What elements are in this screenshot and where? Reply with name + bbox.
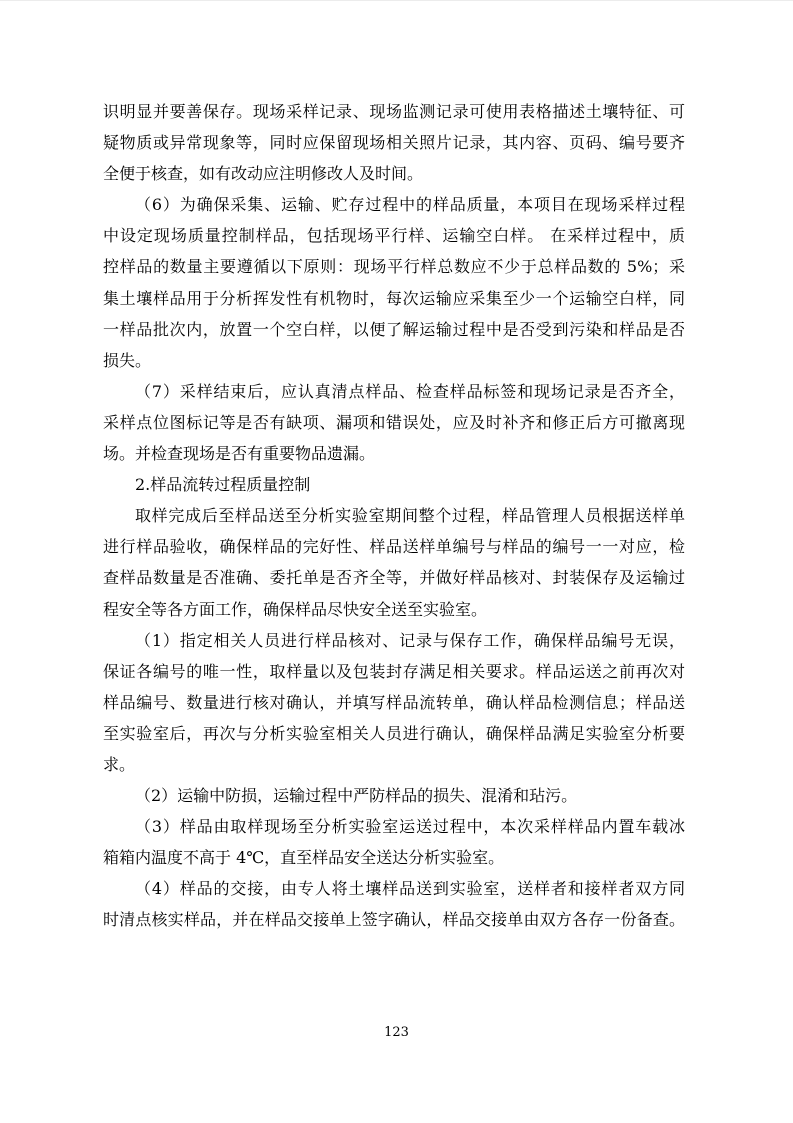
- document-body: 识明显并要善保存。现场采样记录、现场监测记录可使用表格描述土壤特征、可疑物质或异…: [103, 96, 685, 936]
- text-line: 一样品批次内，放置一个空白样，以便了解运输过程中是否受到污染和样品是否: [103, 314, 685, 345]
- text-line: （1）指定相关人员进行样品核对、记录与保存工作，确保样品编号无误，: [103, 625, 685, 656]
- page-number: 123: [0, 1024, 793, 1042]
- text-line: （7）采样结束后，应认真清点样品、检查样品标签和现场记录是否齐全，: [103, 376, 685, 407]
- text-line: 时清点核实样品，并在样品交接单上签字确认，样品交接单由双方各存一份备查。: [103, 904, 685, 935]
- text-line: （3）样品由取样现场至分析实验室运送过程中，本次采样样品内置车载冰: [103, 811, 685, 842]
- text-line: （2）运输中防损，运输过程中严防样品的损失、混淆和玷污。: [103, 780, 685, 811]
- text-line: 保证各编号的唯一性，取样量以及包装封存满足相关要求。样品运送之前再次对: [103, 656, 685, 687]
- text-line: 至实验室后，再次与分析实验室相关人员进行确认，确保样品满足实验室分析要: [103, 718, 685, 749]
- text-line: 疑物质或异常现象等，同时应保留现场相关照片记录，其内容、页码、编号要齐: [103, 127, 685, 158]
- text-line: 全便于核查，如有改动应注明修改人及时间。: [103, 158, 685, 189]
- section-heading: 2.样品流转过程质量控制: [103, 469, 685, 500]
- text-line: 查样品数量是否准确、委托单是否齐全等，并做好样品核对、封装保存及运输过: [103, 562, 685, 593]
- document-page: 识明显并要善保存。现场采样记录、现场监测记录可使用表格描述土壤特征、可疑物质或异…: [0, 0, 793, 1123]
- text-line: （6）为确保采集、运输、贮存过程中的样品质量，本项目在现场采样过程: [103, 189, 685, 220]
- text-line: 箱箱内温度不高于 4℃，直至样品安全送达分析实验室。: [103, 842, 685, 873]
- text-line: 识明显并要善保存。现场采样记录、现场监测记录可使用表格描述土壤特征、可: [103, 96, 685, 127]
- text-line: （4）样品的交接，由专人将土壤样品送到实验室，送样者和接样者双方同: [103, 873, 685, 904]
- text-line: 采样点位图标记等是否有缺项、漏项和错误处，应及时补齐和修正后方可撤离现: [103, 407, 685, 438]
- text-line: 损失。: [103, 345, 685, 376]
- text-line: 进行样品验收，确保样品的完好性、样品送样单编号与样品的编号一一对应，检: [103, 531, 685, 562]
- text-line: 中设定现场质量控制样品，包括现场平行样、运输空白样。 在采样过程中，质: [103, 220, 685, 251]
- text-line: 样品编号、数量进行核对确认，并填写样品流转单，确认样品检测信息；样品送: [103, 687, 685, 718]
- text-line: 程安全等各方面工作，确保样品尽快安全送至实验室。: [103, 594, 685, 625]
- text-line: 控样品的数量主要遵循以下原则：现场平行样总数应不少于总样品数的 5%；采: [103, 251, 685, 282]
- text-line: 取样完成后至样品送至分析实验室期间整个过程，样品管理人员根据送样单: [103, 500, 685, 531]
- text-line: 场。并检查现场是否有重要物品遗漏。: [103, 438, 685, 469]
- text-line: 集土壤样品用于分析挥发性有机物时，每次运输应采集至少一个运输空白样，同: [103, 283, 685, 314]
- text-line: 求。: [103, 749, 685, 780]
